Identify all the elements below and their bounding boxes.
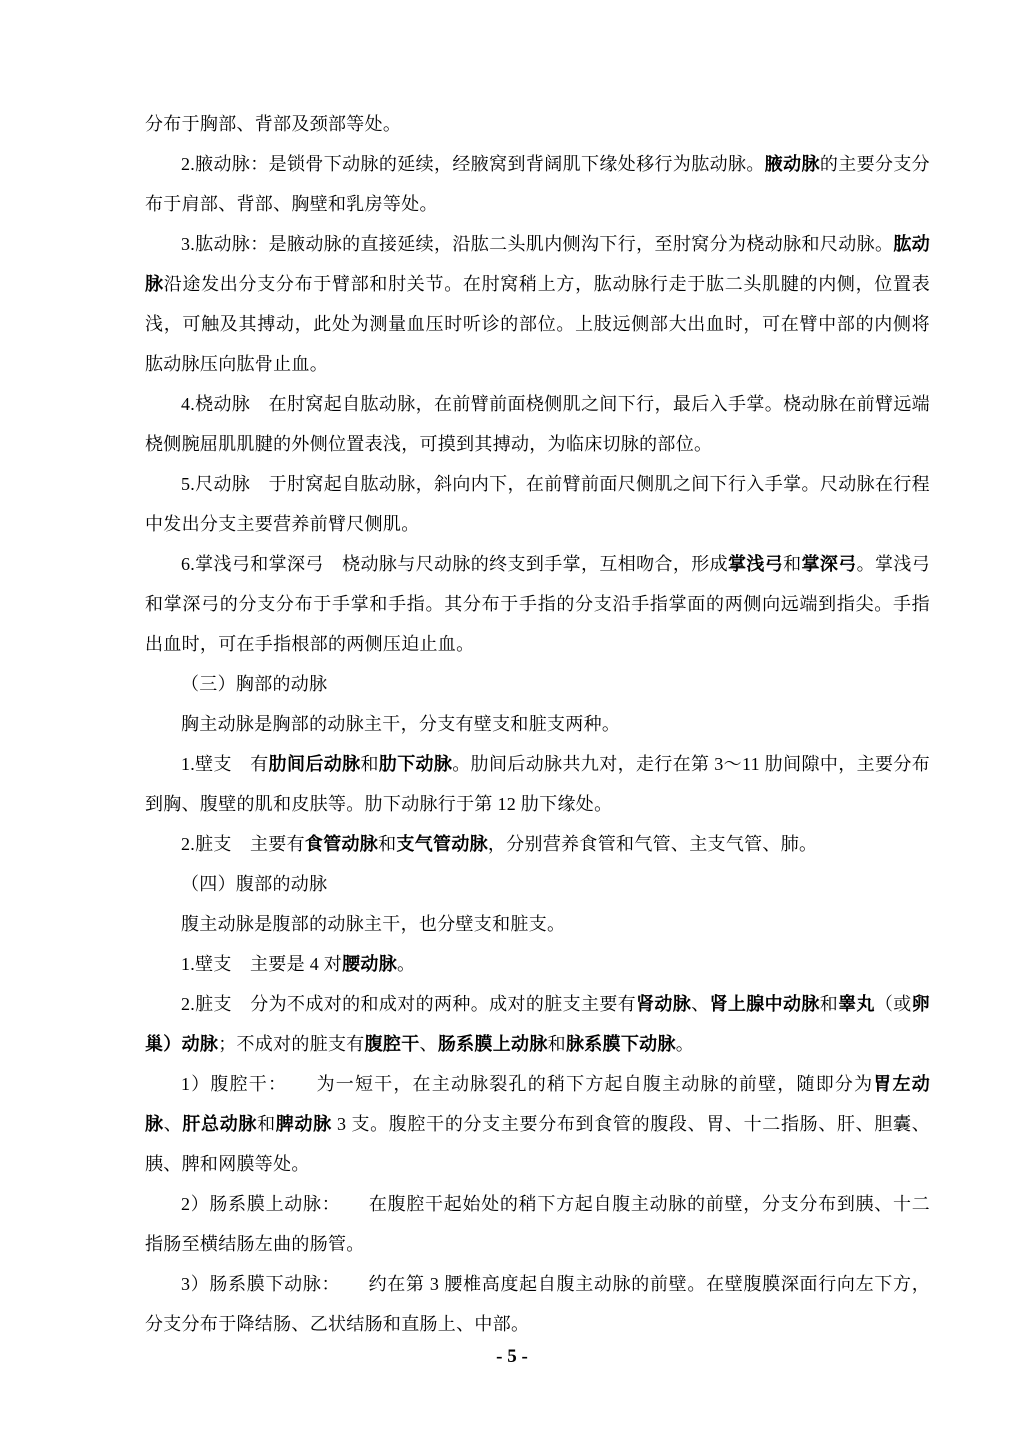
text-run: 3）肠系膜下动脉： 约在第 3 腰椎高度起自腹主动脉的前壁。在壁腹膜深面行向左下…: [145, 1274, 930, 1334]
paragraph: 腹主动脉是腹部的动脉主干，也分壁支和脏支。: [145, 904, 930, 944]
text-run: 3.肱动脉：是腋动脉的直接延续，沿肱二头肌内侧沟下行，至肘窝分为桡动脉和尺动脉。: [181, 234, 893, 254]
text-run: 、: [420, 1034, 438, 1054]
text-run: 5.尺动脉 于肘窝起自肱动脉，斜向内下，在前臂前面尺侧肌之间下行入手掌。尺动脉在…: [145, 474, 930, 534]
text-run: 。: [676, 1034, 694, 1054]
paragraph: 1）腹腔干： 为一短干，在主动脉裂孔的稍下方起自腹主动脉的前壁，随即分为胃左动脉…: [145, 1064, 930, 1184]
text-run: 2.脏支 主要有: [181, 834, 305, 854]
text-run: （三）胸部的动脉: [181, 674, 327, 694]
paragraph: 胸主动脉是胸部的动脉主干，分支有壁支和脏支两种。: [145, 704, 930, 744]
paragraph: （四）腹部的动脉: [145, 864, 930, 904]
text-run: 1）腹腔干： 为一短干，在主动脉裂孔的稍下方起自腹主动脉的前壁，随即分为: [181, 1074, 873, 1094]
text-run: 。: [397, 954, 415, 974]
paragraph: 6.掌浅弓和掌深弓 桡动脉与尺动脉的终支到手掌，互相吻合，形成掌浅弓和掌深弓。掌…: [145, 544, 930, 664]
text-run: 胸主动脉是胸部的动脉主干，分支有壁支和脏支两种。: [181, 714, 620, 734]
text-run: 和: [360, 754, 378, 774]
paragraph: 2）肠系膜上动脉： 在腹腔干起始处的稍下方起自腹主动脉的前壁，分支分布到胰、十二…: [145, 1184, 930, 1264]
bold-term: 腋动脉: [765, 154, 820, 174]
text-run: 和: [783, 554, 801, 574]
text-run: 1.壁支 主要是 4 对: [181, 954, 342, 974]
bold-term: 肾上腺中动脉: [710, 994, 820, 1014]
bold-term: 肋间后动脉: [269, 754, 361, 774]
bold-term: 肾动脉: [636, 994, 691, 1014]
paragraph: 3.肱动脉：是腋动脉的直接延续，沿肱二头肌内侧沟下行，至肘窝分为桡动脉和尺动脉。…: [145, 224, 930, 384]
text-run: （或: [875, 994, 912, 1014]
paragraph: 1.壁支 主要是 4 对腰动脉。: [145, 944, 930, 984]
text-run: 、: [691, 994, 709, 1014]
text-run: 1.壁支 有: [181, 754, 269, 774]
document-page: 分布于胸部、背部及颈部等处。2.腋动脉：是锁骨下动脉的延续，经腋窝到背阔肌下缘处…: [0, 0, 1024, 1450]
text-run: 2.脏支 分为不成对的和成对的两种。成对的脏支主要有: [181, 994, 636, 1014]
paragraph: 3）肠系膜下动脉： 约在第 3 腰椎高度起自腹主动脉的前壁。在壁腹膜深面行向左下…: [145, 1264, 930, 1344]
paragraph: 分布于胸部、背部及颈部等处。: [145, 104, 930, 144]
bold-term: 肋下动脉: [379, 754, 452, 774]
paragraph: 1.壁支 有肋间后动脉和肋下动脉。肋间后动脉共九对，走行在第 3～11 肋间隙中…: [145, 744, 930, 824]
document-body: 分布于胸部、背部及颈部等处。2.腋动脉：是锁骨下动脉的延续，经腋窝到背阔肌下缘处…: [145, 104, 930, 1344]
bold-term: 肠系膜上动脉: [438, 1034, 548, 1054]
text-run: 6.掌浅弓和掌深弓 桡动脉与尺动脉的终支到手掌，互相吻合，形成: [181, 554, 728, 574]
bold-term: 食管动脉: [305, 834, 378, 854]
bold-term: 脾动脉: [276, 1114, 332, 1134]
bold-term: 腰动脉: [342, 954, 397, 974]
bold-term: 腹腔干: [365, 1034, 420, 1054]
bold-term: 掌浅弓: [728, 554, 783, 574]
paragraph: （三）胸部的动脉: [145, 664, 930, 704]
text-run: 腹主动脉是腹部的动脉主干，也分壁支和脏支。: [181, 914, 565, 934]
text-run: 4.桡动脉 在肘窝起自肱动脉，在前臂前面桡侧肌之间下行，最后入手掌。桡动脉在前臂…: [145, 394, 930, 454]
text-run: 和: [820, 994, 838, 1014]
bold-term: 脉系膜下动脉: [566, 1034, 676, 1054]
text-run: （四）腹部的动脉: [181, 874, 327, 894]
paragraph: 5.尺动脉 于肘窝起自肱动脉，斜向内下，在前臂前面尺侧肌之间下行入手掌。尺动脉在…: [145, 464, 930, 544]
bold-term: 肝总动脉: [182, 1114, 257, 1134]
text-run: 和: [257, 1114, 276, 1134]
bold-term: 支气管动脉: [396, 834, 488, 854]
bold-term: 睾丸: [838, 994, 875, 1014]
text-run: 和: [378, 834, 396, 854]
text-run: ；不成对的脏支有: [218, 1034, 364, 1054]
text-run: ，分别营养食管和气管、主支气管、肺。: [488, 834, 817, 854]
paragraph: 2.脏支 主要有食管动脉和支气管动脉，分别营养食管和气管、主支气管、肺。: [145, 824, 930, 864]
text-run: 、: [164, 1114, 183, 1134]
page-number-footer: - 5 -: [0, 1342, 1024, 1372]
bold-term: 掌深弓: [801, 554, 856, 574]
text-run: 2）肠系膜上动脉： 在腹腔干起始处的稍下方起自腹主动脉的前壁，分支分布到胰、十二…: [145, 1194, 930, 1254]
paragraph: 4.桡动脉 在肘窝起自肱动脉，在前臂前面桡侧肌之间下行，最后入手掌。桡动脉在前臂…: [145, 384, 930, 464]
text-run: 分布于胸部、背部及颈部等处。: [145, 114, 401, 134]
paragraph: 2.脏支 分为不成对的和成对的两种。成对的脏支主要有肾动脉、肾上腺中动脉和睾丸（…: [145, 984, 930, 1064]
paragraph: 2.腋动脉：是锁骨下动脉的延续，经腋窝到背阔肌下缘处移行为肱动脉。腋动脉的主要分…: [145, 144, 930, 224]
text-run: 2.腋动脉：是锁骨下动脉的延续，经腋窝到背阔肌下缘处移行为肱动脉。: [181, 154, 765, 174]
text-run: 沿途发出分支分布于臂部和肘关节。在肘窝稍上方，肱动脉行走于肱二头肌腱的内侧，位置…: [145, 274, 930, 374]
text-run: 和: [548, 1034, 566, 1054]
